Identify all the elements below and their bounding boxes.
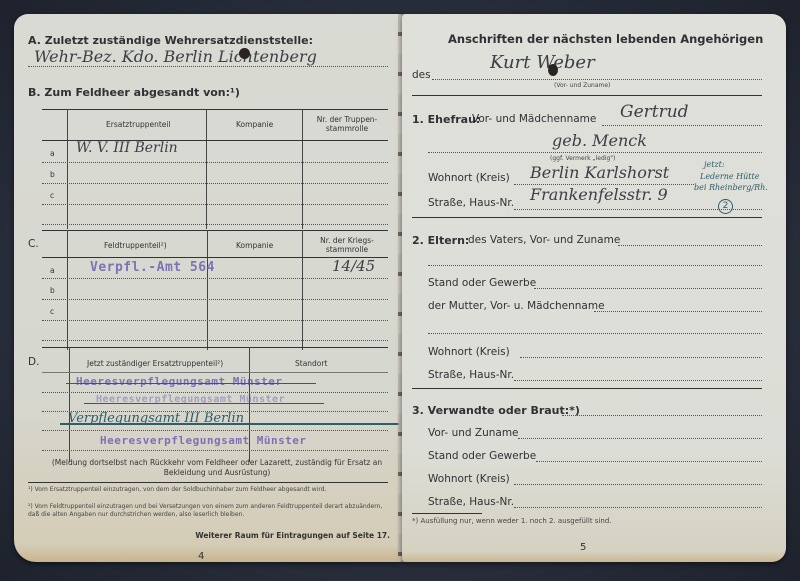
section-3-label: 3. Verwandte oder Braut:*) — [412, 404, 580, 417]
column-header: Standort — [295, 359, 327, 368]
dotted-line — [536, 461, 762, 462]
dotted-line — [42, 299, 388, 300]
strike-through — [66, 383, 316, 384]
dotted-line — [514, 484, 762, 485]
relative-occupation-label: Stand oder Gewerbe — [428, 450, 536, 462]
row-letter: c — [50, 307, 54, 316]
soldier-name: Kurt Weber — [490, 52, 595, 73]
dotted-line — [42, 320, 388, 321]
spouse-first-name: Gertrud — [620, 102, 689, 122]
relative-name-label: Vor- und Zuname — [428, 427, 519, 439]
relative-residence-label: Wohnort (Kreis) — [428, 473, 510, 485]
footnote-2: ²) Vom Feldtruppenteil einzutragen und b… — [28, 503, 388, 519]
row-letter: c — [50, 191, 54, 200]
strike-through — [84, 403, 324, 404]
column-header: Feldtruppenteil²) — [104, 241, 167, 250]
dotted-line — [42, 183, 388, 184]
row-letter: a — [50, 266, 55, 275]
section-c-unit-stamp: Verpfl.-Amt 564 — [90, 260, 215, 275]
dotted-line — [432, 79, 762, 80]
spouse-street-label: Straße, Haus-Nr. — [428, 197, 514, 209]
side-note-line-2: Lederne Hütte — [700, 172, 759, 181]
parents-residence-label: Wohnort (Kreis) — [428, 346, 510, 358]
dotted-line — [602, 125, 762, 126]
spouse-caption: (ggf. Vermerk „ledig") — [550, 155, 615, 162]
section-d-stamp-current: Heeresverpflegungsamt Münster — [100, 434, 307, 447]
column-header: Ersatztruppenteil — [106, 120, 171, 129]
continuation-note: Weiterer Raum für Eintragungen auf Seite… — [195, 531, 390, 540]
section-3-footnote: *) Ausfüllung nur, wenn weder 1. noch 2.… — [412, 517, 612, 525]
dotted-line — [42, 430, 388, 431]
punch-hole — [239, 48, 250, 59]
column-header: Kompanie — [236, 120, 273, 129]
column-header: Nr. der Kriegs-stammrolle — [307, 236, 387, 254]
page-title: Anschriften der nächsten lebenden Angehö… — [448, 32, 763, 46]
column-divider — [206, 109, 207, 229]
footnote-1: ¹) Vom Ersatztruppenteil einzutragen, vo… — [28, 486, 388, 494]
column-divider — [302, 109, 303, 229]
father-name-label: des Vaters, Vor- und Zuname — [468, 234, 620, 246]
dotted-line — [42, 204, 388, 205]
dotted-line — [42, 278, 388, 279]
spouse-maiden-name: geb. Menck — [552, 131, 647, 150]
dotted-line — [514, 507, 762, 508]
circled-mark: 2 — [718, 199, 733, 214]
footnote-rule — [28, 482, 388, 483]
dotted-line — [520, 357, 762, 358]
father-occupation-label: Stand oder Gewerbe — [428, 277, 536, 289]
side-note-line-3: bei Rheinberg/Rh. — [694, 183, 768, 192]
dotted-line — [562, 415, 762, 416]
right-page: Anschriften der nächsten lebenden Angehö… — [402, 14, 786, 562]
dotted-line — [618, 245, 762, 246]
table-top-rule — [42, 347, 388, 348]
column-divider — [302, 230, 303, 350]
section-b-row-a-unit: W. V. III Berlin — [76, 140, 178, 156]
dotted-line — [28, 66, 388, 67]
column-divider — [67, 230, 68, 350]
spouse-name-label: Vor- und Mädchenname — [472, 113, 596, 125]
column-divider — [207, 230, 208, 350]
page-number: 4 — [198, 551, 204, 562]
section-a-label: A. Zuletzt zuständige Wehrersatzdienstst… — [28, 34, 313, 47]
dotted-line — [594, 311, 762, 312]
row-letter: a — [50, 149, 55, 158]
header-rule — [42, 372, 388, 373]
dotted-line — [42, 392, 388, 393]
dotted-line — [428, 265, 762, 266]
row-letter: b — [50, 286, 55, 295]
section-a-handwritten: Wehr-Bez. Kdo. Berlin Lichtenberg — [34, 47, 317, 66]
des-label: des — [412, 69, 431, 81]
dotted-line — [428, 333, 762, 334]
page-number: 5 — [580, 542, 586, 553]
des-caption: (Vor- und Zuname) — [554, 82, 610, 89]
column-header: Kompanie — [236, 241, 273, 250]
column-divider — [67, 109, 68, 229]
dotted-line — [42, 224, 388, 225]
section-2-label: 2. Eltern: — [412, 234, 469, 247]
section-c-roll-number: 14/45 — [332, 257, 375, 275]
mother-name-label: der Mutter, Vor- u. Mädchenname — [428, 300, 605, 312]
spouse-residence: Berlin Karlshorst — [530, 163, 669, 182]
dotted-line — [428, 152, 762, 153]
row-letter: b — [50, 170, 55, 179]
dotted-line — [514, 380, 762, 381]
spouse-street: Frankenfelsstr. 9 — [530, 185, 668, 204]
section-d-stamp-1: Heeresverpflegungsamt Münster — [76, 375, 283, 388]
dotted-line — [518, 438, 762, 439]
section-rule — [412, 388, 762, 389]
footnote-rule — [412, 513, 482, 514]
section-d-note: (Meldung dortselbst nach Rückkehr vom Fe… — [44, 458, 390, 478]
section-b-label: B. Zum Feldheer abgesandt von:¹) — [28, 86, 240, 99]
dotted-line — [534, 288, 762, 289]
table-top-rule — [42, 230, 388, 231]
dotted-line — [42, 340, 388, 341]
section-1-label: 1. Ehefrau: — [412, 113, 480, 126]
section-rule — [412, 95, 762, 96]
relative-street-label: Straße, Haus-Nr. — [428, 496, 514, 508]
column-header: Jetzt zuständiger Ersatztruppenteil²) — [87, 359, 223, 368]
column-header: Nr. der Truppen-stammrolle — [307, 115, 387, 133]
punch-hole — [548, 64, 558, 76]
spouse-residence-label: Wohnort (Kreis) — [428, 172, 510, 184]
strike-through — [60, 423, 400, 425]
dotted-line — [42, 162, 388, 163]
left-page: A. Zuletzt zuständige Wehrersatzdienstst… — [14, 14, 402, 562]
table-top-rule — [42, 109, 388, 110]
dotted-line — [42, 450, 388, 451]
column-divider — [69, 347, 70, 462]
parents-street-label: Straße, Haus-Nr. — [428, 369, 514, 381]
section-rule — [412, 217, 762, 218]
section-c-label: C. — [28, 238, 39, 250]
section-d-label: D. — [28, 356, 39, 368]
side-note-line-1: jetzt: — [704, 160, 725, 169]
